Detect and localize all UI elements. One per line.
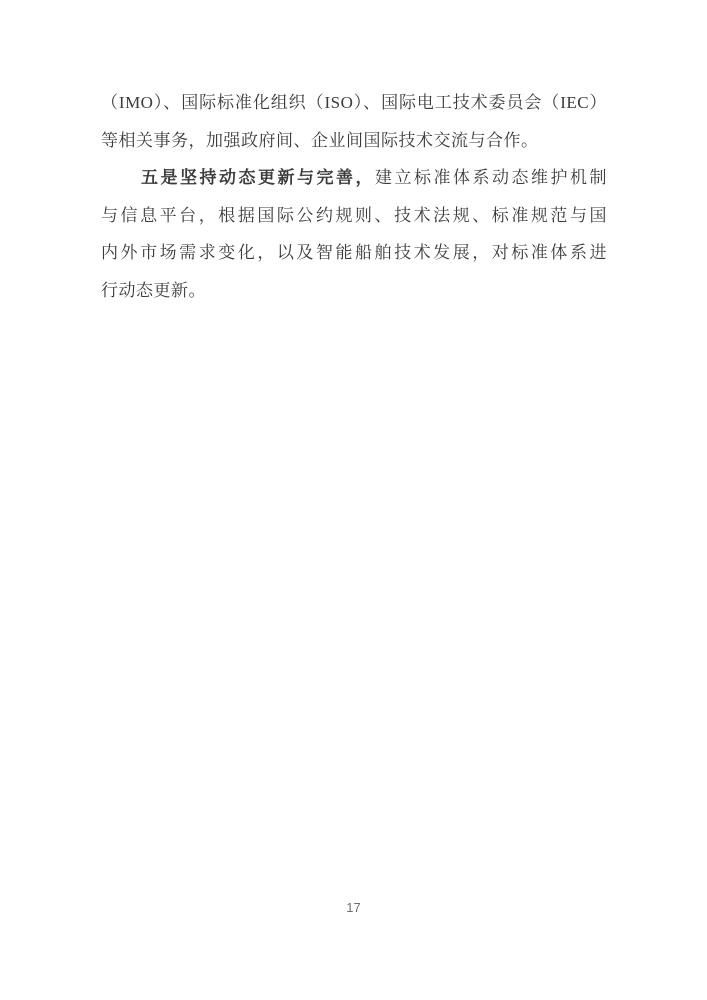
document-page: （IMO）、国际标准化组织（ISO）、国际电工技术委员会（IEC） 等相关事务，… <box>0 0 707 1000</box>
body-line: （IMO）、国际标准化组织（ISO）、国际电工技术委员会（IEC） <box>101 84 607 122</box>
body-line-with-lead: 五是坚持动态更新与完善，建立标准体系动态维护机制 <box>101 159 607 197</box>
body-text: （IMO）、国际标准化组织（ISO）、国际电工技术委员会（IEC） 等相关事务，… <box>101 84 607 309</box>
body-line: 内外市场需求变化，以及智能船舶技术发展，对标准体系进 <box>101 234 607 272</box>
body-line: 等相关事务，加强政府间、企业间国际技术交流与合作。 <box>101 122 607 160</box>
body-line: 行动态更新。 <box>101 272 607 310</box>
line-text: 建立标准体系动态维护机制 <box>375 168 607 187</box>
paragraph-lead-bold: 五是坚持动态更新与完善， <box>141 168 375 187</box>
page-number: 17 <box>0 900 707 916</box>
body-line: 与信息平台，根据国际公约规则、技术法规、标准规范与国 <box>101 197 607 235</box>
